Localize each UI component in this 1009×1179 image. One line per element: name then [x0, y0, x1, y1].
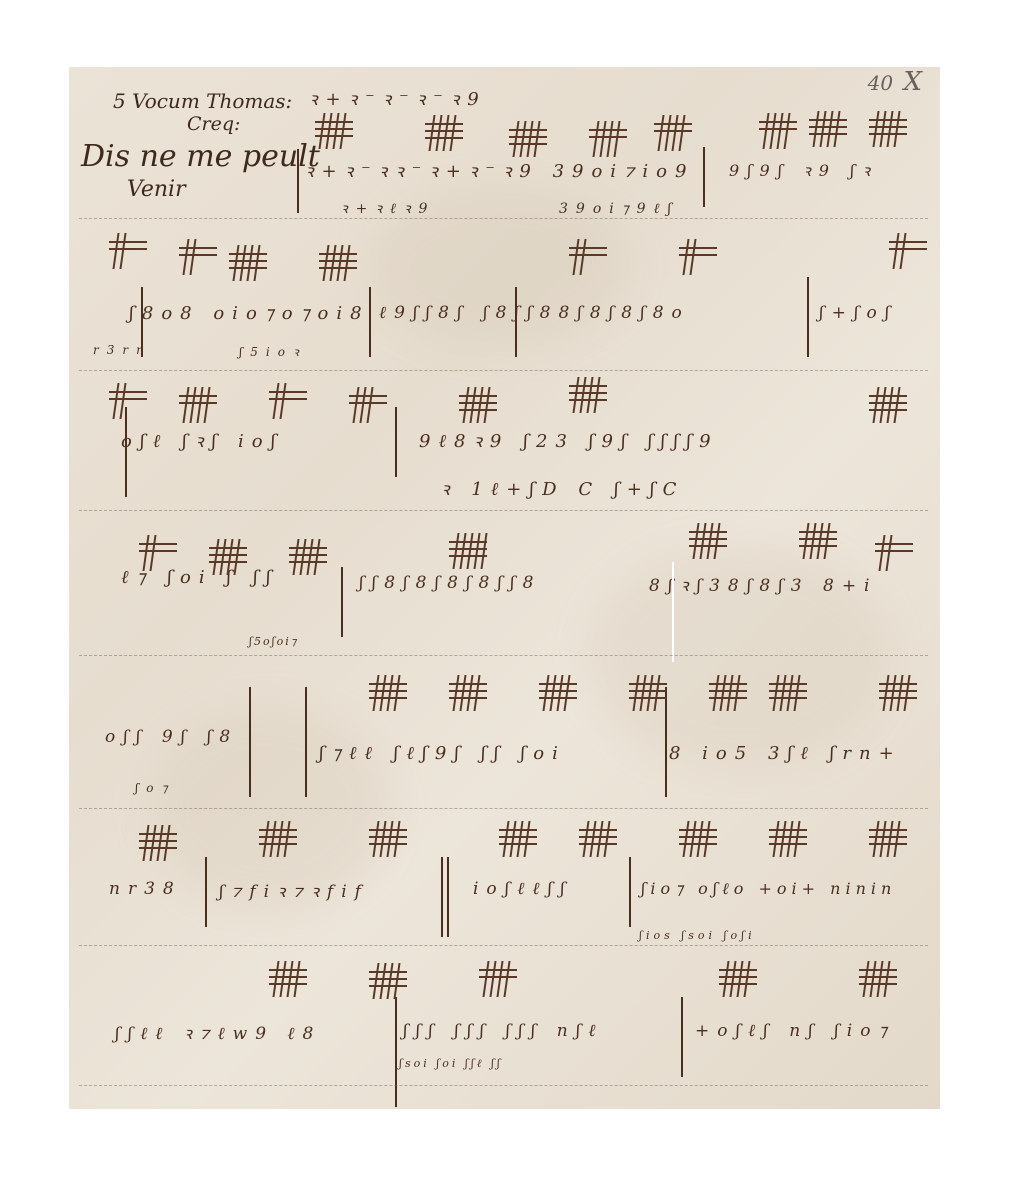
tablature-line: ʃ⁊fiꝛ⁊ꝛfif — [219, 879, 369, 902]
tablature-line: ʃios ʃsoi ʃoʃi — [639, 929, 756, 942]
rhythm-grid-sign — [349, 391, 387, 417]
barline — [703, 147, 705, 207]
barline — [515, 287, 517, 357]
tablature-line: 9ℓ8ꝛ9 ʃ23 ʃ9ʃ ʃʃʃʃ9 — [419, 429, 719, 453]
tablature-line: oʃʃ 9ʃ ʃ8 — [105, 727, 238, 747]
piece-title: Dis ne me peult — [81, 139, 320, 174]
tablature-line: r3rn — [93, 343, 152, 357]
rhythm-grid-sign — [569, 243, 607, 269]
tablature-line: ʃʃ8ʃ8ʃ8ʃ8ʃʃ8 — [359, 573, 541, 593]
barline — [807, 277, 809, 357]
rhythm-grid-sign — [759, 117, 797, 143]
barline — [369, 287, 371, 357]
rhythm-grid-sign — [689, 527, 727, 553]
composer-name: Creq: — [187, 113, 240, 135]
system-rule — [79, 370, 928, 371]
scan-artifact-line — [672, 562, 674, 662]
tablature-line: ʃ+ʃoʃ — [819, 303, 897, 323]
rhythm-grid-sign — [679, 825, 717, 851]
tablature-line: nr38 — [109, 879, 182, 899]
rhythm-grid-sign — [589, 125, 627, 151]
rhythm-grid-sign — [209, 543, 247, 569]
system-rule — [79, 945, 928, 946]
tablature-line: oʃℓ ʃꝛʃ ioʃ — [121, 429, 283, 453]
rhythm-grid-sign — [229, 249, 267, 275]
rhythm-grid-sign — [269, 965, 307, 991]
rhythm-grid-sign — [889, 237, 927, 263]
barline — [297, 149, 299, 213]
rhythm-grid-sign — [459, 391, 497, 417]
rhythm-grid-sign — [259, 825, 297, 851]
rhythm-grid-sign — [449, 679, 487, 705]
rhythm-grid-sign — [109, 237, 147, 263]
page-mark: X — [903, 67, 922, 97]
rhythm-grid-sign — [569, 381, 607, 407]
system-rule — [79, 218, 928, 219]
barline — [141, 287, 143, 357]
system-rule — [79, 655, 928, 656]
barline — [249, 687, 251, 797]
tablature-line: 39oi⁊9ℓʃ — [559, 201, 679, 218]
rhythm-grid-sign — [179, 391, 217, 417]
tablature-line: 8 io5 3ʃℓ ʃrn+ — [669, 743, 902, 764]
tablature-line: ʃ8o8 oio⁊o⁊oi8 — [129, 303, 370, 324]
rhythm-grid-sign — [769, 825, 807, 851]
rhythm-grid-sign — [139, 539, 177, 565]
rhythm-grid-sign — [509, 125, 547, 151]
rhythm-grid-sign — [539, 679, 577, 705]
rhythm-grid-sign — [709, 679, 747, 705]
barline — [305, 687, 307, 797]
tablature-line: ʃ5oʃoi⁊ — [249, 635, 298, 648]
tablature-line: ꝛ 1ℓ+ʃD C ʃ+ʃC — [441, 477, 684, 501]
rhythm-grid-sign — [719, 965, 757, 991]
barline — [125, 407, 127, 497]
rhythm-grid-sign — [869, 115, 907, 141]
rhythm-grid-sign — [289, 543, 327, 569]
tablature-line: ʃo⁊ — [135, 781, 175, 795]
rhythm-grid-sign — [479, 965, 517, 991]
tablature-line: ꝛ+ꝛ⁻ꝛꝛ⁻ꝛ+ꝛ⁻ꝛ9 39oi⁊io9 — [305, 159, 694, 183]
rhythm-grid-sign — [875, 539, 913, 565]
rhythm-grid-sign — [869, 391, 907, 417]
voices-heading: 5 Vocum Thomas: — [113, 89, 292, 113]
rhythm-grid-sign — [499, 825, 537, 851]
rhythm-grid-sign — [369, 679, 407, 705]
system-rule — [79, 1085, 928, 1086]
rhythm-grid-sign — [869, 825, 907, 851]
tablature-line: ʃ5ioꝛ — [239, 343, 307, 360]
rhythm-grid-sign — [809, 115, 847, 141]
tablature-line: ℓ⁊ ʃoi ʃ ʃʃ — [121, 567, 279, 588]
tablature-line: ʃʃʃ ʃʃʃ ʃʃʃ nʃℓ — [403, 1021, 603, 1041]
rhythm-grid-sign — [109, 387, 147, 413]
rhythm-grid-sign — [319, 249, 357, 275]
barline — [395, 407, 397, 477]
rhythm-grid-sign — [139, 829, 177, 855]
rhythm-grid-sign — [369, 825, 407, 851]
rhythm-grid-sign — [425, 119, 463, 145]
rhythm-grid-sign — [799, 527, 837, 553]
barline — [205, 857, 207, 927]
rhythm-grid-sign — [629, 679, 667, 705]
tablature-line: 9ʃ9ʃ ꝛ9 ʃꝛ — [729, 159, 878, 181]
rhythm-grid-sign — [579, 825, 617, 851]
tablature-line: ioʃℓℓʃʃ — [473, 879, 573, 899]
rhythm-grid-sign — [449, 537, 487, 563]
system-rule — [79, 510, 928, 511]
barline — [341, 567, 343, 637]
rhythm-grid-sign — [369, 967, 407, 993]
tablature-line: ʃ⁊ℓℓ ʃℓʃ9ʃ ʃʃ ʃoi — [319, 743, 566, 764]
page-number: 40 X — [868, 67, 922, 97]
tablature-line: ʃsoi ʃoi ʃʃℓ ʃʃ — [399, 1057, 503, 1070]
rhythm-grid-sign — [679, 243, 717, 269]
barline — [447, 857, 449, 937]
barline — [441, 857, 443, 937]
manuscript-page: 40 X 5 Vocum Thomas: Creq: Dis ne me peu… — [69, 67, 940, 1109]
tablature-line: ℓ9ʃʃ8ʃ ʃ8ʃʃ88ʃ8ʃ8ʃ8o — [379, 303, 690, 323]
tablature-line: ʃio⁊ oʃℓo +oi+ ninin — [641, 879, 896, 899]
rhythm-grid-sign — [654, 119, 692, 145]
barline — [629, 857, 631, 927]
tablature-line: ꝛ+ꝛℓꝛ9 — [341, 199, 435, 218]
tablature-line: 8ʃꝛʃ38ʃ8ʃ3 8+i — [649, 573, 878, 596]
rhythm-grid-sign — [859, 965, 897, 991]
rhythm-grid-sign — [769, 679, 807, 705]
barline — [395, 997, 397, 1107]
rhythm-grid-sign — [179, 243, 217, 269]
system-rule — [79, 808, 928, 809]
barline — [681, 997, 683, 1077]
tablature-line: ʃʃℓℓ ꝛ⁊ℓw9 ℓ8 — [115, 1021, 321, 1044]
rhythm-grid-sign — [269, 387, 307, 413]
tablature-line: +oʃℓʃ nʃ ʃio⁊ — [695, 1021, 895, 1041]
piece-title-line2: Venir — [127, 177, 186, 202]
rhythm-grid-sign — [315, 117, 353, 143]
tablature-line: ꝛ+ꝛ⁻ꝛ⁻ꝛ⁻ꝛ9 — [309, 87, 487, 111]
rhythm-grid-sign — [879, 679, 917, 705]
